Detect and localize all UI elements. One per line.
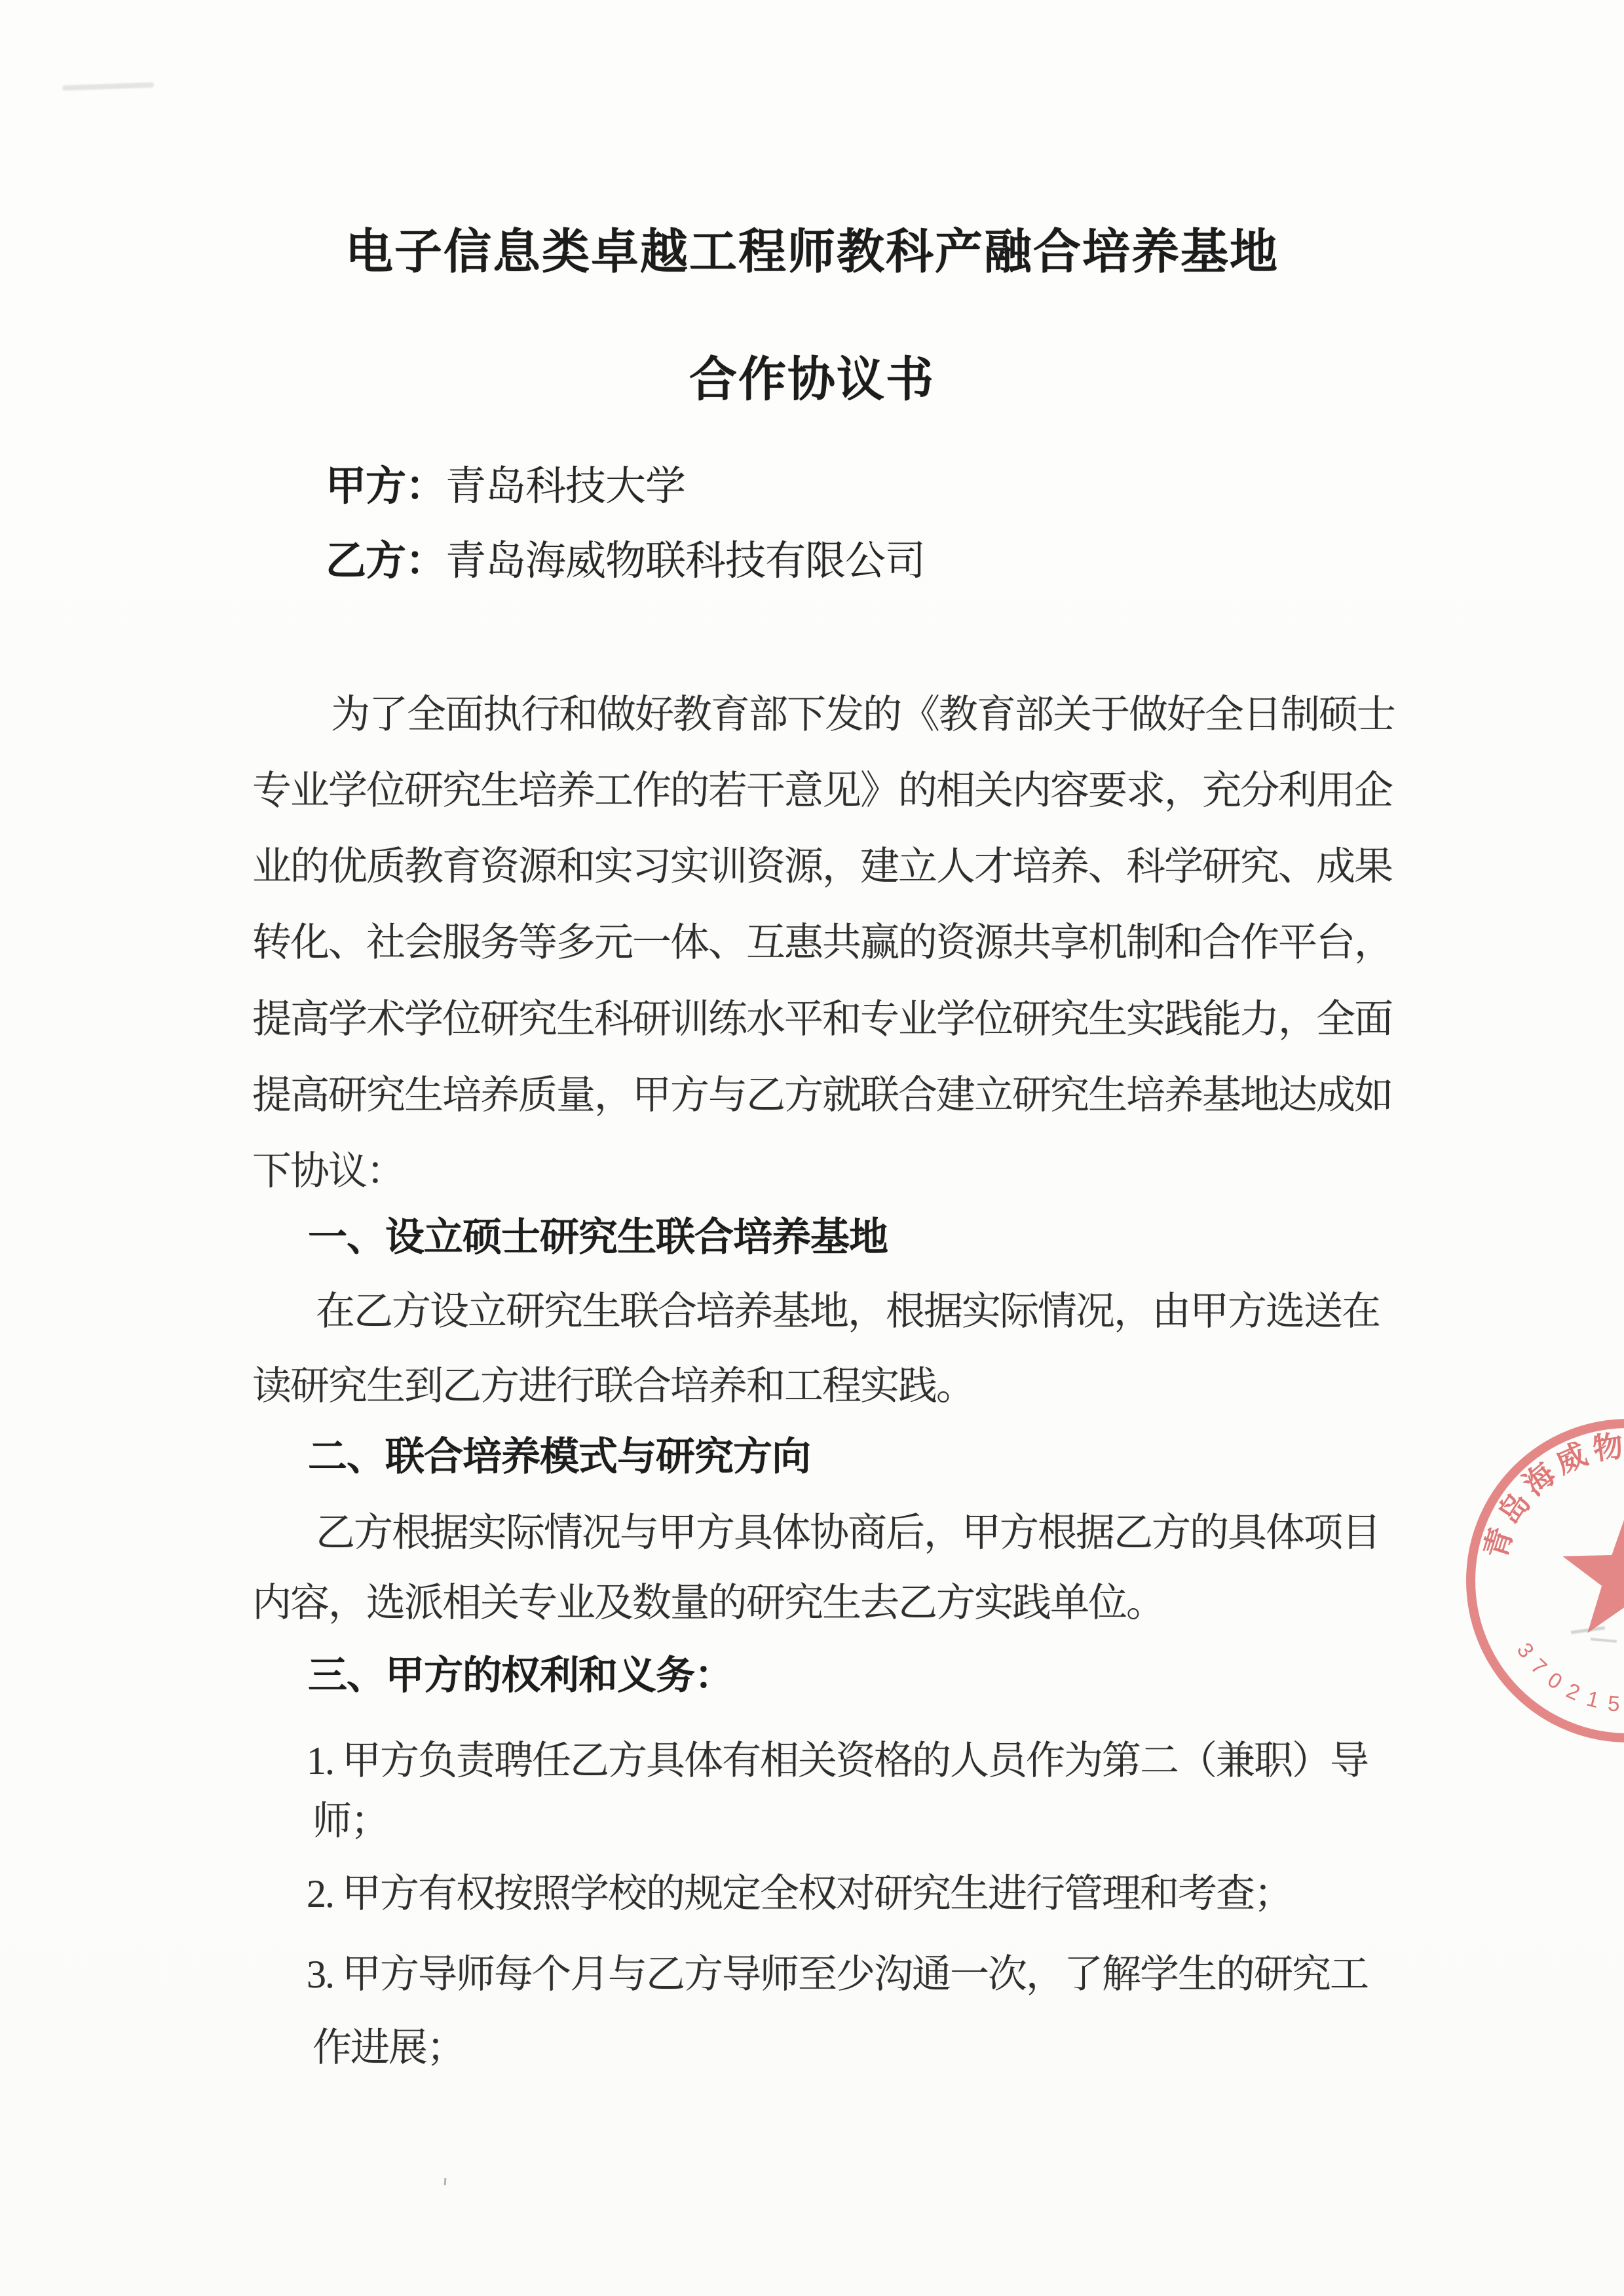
paragraph-line: 内容，选派相关专业及数量的研究生去乙方实践单位。 [252,1577,1164,1629]
paragraph-line: 提高研究生培养质量，甲方与乙方就联合建立研究生培养基地达成如 [252,1069,1392,1121]
party-a-value: 青岛科技大学 [445,464,685,509]
document-subtitle: 合作协议书 [0,341,1624,409]
party-b-value: 青岛海威物联科技有限公司 [445,538,925,584]
scan-artifact [62,83,154,91]
list-item-line: 作进展； [312,2022,464,2074]
paragraph-line: 为了全面执行和做好教育部下发的《教育部关于做好全日制硕士 [331,688,1395,741]
party-a-label: 甲方： [326,464,445,509]
scan-artifact [444,2178,447,2185]
list-item-line: 师； [312,1795,388,1847]
paragraph-line: 转化、社会服务等多元一体、互惠共赢的资源共享机制和合作平台， [252,916,1392,969]
document-page: 电子信息类卓越工程师教科产融合培养基地 合作协议书 甲方：青岛科技大学 乙方：青… [0,0,1624,2296]
paragraph-line: 提高学术学位研究生科研训练水平和专业学位研究生实践能力，全面 [252,993,1392,1045]
document-title: 电子信息类卓越工程师教科产融合培养基地 [0,213,1624,282]
list-item-line: 1. 甲方负责聘任乙方具体有相关资格的人员作为第二（兼职）导 [307,1735,1368,1787]
party-b-label: 乙方： [326,538,445,584]
party-a-line: 甲方：青岛科技大学 [326,461,685,513]
section-heading-1: 一、设立硕士研究生联合培养基地 [308,1211,888,1264]
section-heading-3: 三、甲方的权利和义务： [308,1649,733,1702]
list-item-line: 3. 甲方导师每个月与乙方导师至少沟通一次，了解学生的研究工 [307,1948,1368,2001]
section-heading-2: 二、联合培养模式与研究方向 [308,1431,810,1483]
paragraph-line: 读研究生到乙方进行联合培养和工程实践。 [252,1360,974,1412]
seal-company-text: 青岛海威物联科技有限公司 [1431,1385,1624,1566]
svg-text:青岛海威物联科技有限公司: 青岛海威物联科技有限公司 [1431,1385,1624,1566]
seal-star-icon [1562,1509,1624,1633]
company-seal-stamp: 青岛海威物联科技有限公司 37021503 [1431,1385,1624,1811]
paragraph-line: 专业学位研究生培养工作的若干意见》的相关内容要求，充分利用企 [252,764,1392,817]
list-item-line: 2. 甲方有权按照学校的规定全权对研究生进行管理和考查； [307,1868,1292,1920]
paragraph-line: 业的优质教育资源和实习实训资源，建立人才培养、科学研究、成果 [252,840,1392,893]
paragraph-line: 在乙方设立研究生联合培养基地，根据实际情况，由甲方选送在 [316,1285,1380,1338]
paragraph-line: 乙方根据实际情况与甲方具体协商后，甲方根据乙方的具体项目 [316,1507,1380,1559]
paragraph-line: 下协议： [252,1145,404,1197]
party-b-line: 乙方：青岛海威物联科技有限公司 [326,535,925,588]
